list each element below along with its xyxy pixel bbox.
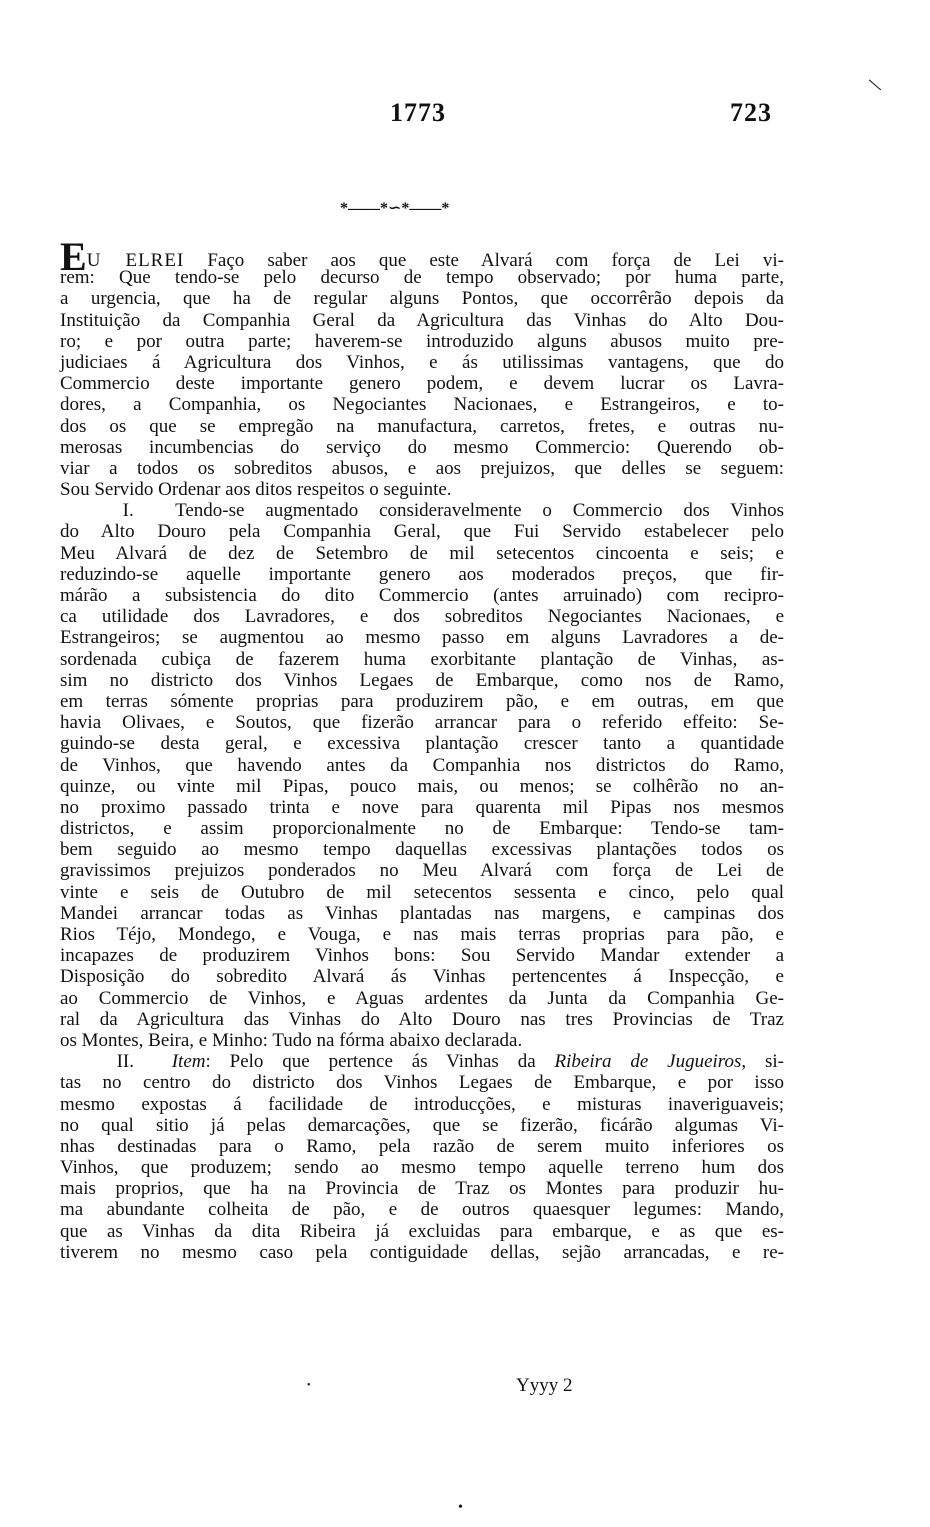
item-label: Item <box>172 1051 206 1072</box>
section-2-line: ma abundante colheita de pão, e de outro… <box>60 1199 784 1220</box>
section-1-line: ral da Agricultura das Vinhas do Alto Do… <box>60 1009 784 1030</box>
text-line: Sou Servido Ordenar aos ditos respeitos … <box>60 479 784 500</box>
section-1-line: bem seguido ao mesmo tempo daquellas exc… <box>60 839 784 860</box>
text-line: dos os que se empregão na manufactura, c… <box>60 416 784 437</box>
section-1-line: reduzindo-se aquelle importante genero a… <box>60 564 784 585</box>
place-name: Ribeira de Jugueiros <box>555 1051 742 1072</box>
text-line: EU ELREI Faço saber aos que este Alvará … <box>60 246 784 267</box>
text-line: judiciaes á Agricultura dos Vinhos, e ás… <box>60 352 784 373</box>
section-1-line: Meu Alvará de dez de Setembro de mil set… <box>60 543 784 564</box>
section-1-line: em terras sómente proprias para produzir… <box>60 691 784 712</box>
text-line: Instituição da Companhia Geral da Agricu… <box>60 310 784 331</box>
section-1-line: incapazes de produzirem Vinhos bons: Sou… <box>60 945 784 966</box>
section-1-line: Disposição do sobredito Alvará ás Vinhas… <box>60 966 784 987</box>
signature-mark: Yyyy 2 <box>516 1375 572 1397</box>
document-body: EU ELREI Faço saber aos que este Alvará … <box>60 246 784 1263</box>
section-1-line: sim no districto dos Vinhos Legaes de Em… <box>60 670 784 691</box>
section-1-line: sordenada cubiça de fazerem huma exorbit… <box>60 649 784 670</box>
section-2-first-line: II. Item: Pelo que pertence ás Vinhas da… <box>60 1051 784 1072</box>
book-page: \ 1773 723 *——*∽*——* EU ELREI Faço saber… <box>0 0 930 1527</box>
running-header-year: 1773 <box>390 98 446 128</box>
section-1-line: guindo-se desta geral, e excessiva plant… <box>60 733 784 754</box>
section-1-line: no proximo passado trinta e nove para qu… <box>60 797 784 818</box>
section-1-line: do Alto Douro pela Companhia Geral, que … <box>60 521 784 542</box>
section-2-line: tas no centro do districto dos Vinhos Le… <box>60 1072 784 1093</box>
text-line: dores, a Companhia, os Negociantes Nacio… <box>60 394 784 415</box>
margin-mark: \ <box>866 72 884 98</box>
text-line: ro; e por outra parte; haverem-se introd… <box>60 331 784 352</box>
section-2-line: nhas destinadas para o Ramo, pela razão … <box>60 1136 784 1157</box>
section-1-line: quinze, ou vinte mil Pipas, pouco mais, … <box>60 776 784 797</box>
text-line: Commercio deste importante genero podem,… <box>60 373 784 394</box>
section-1-line: vinte e seis de Outubro de mil setecento… <box>60 882 784 903</box>
section-2-line: mesmo expostas á facilidade de introducç… <box>60 1094 784 1115</box>
page-number: 723 <box>730 98 772 128</box>
print-speck: • <box>307 1380 311 1391</box>
section-1-line: havia Olivaes, e Soutos, que fizerão arr… <box>60 712 784 733</box>
section-1-line: os Montes, Beira, e Minho: Tudo na fórma… <box>60 1030 784 1051</box>
section-1-line: de Vinhos, que havendo antes da Companhi… <box>60 755 784 776</box>
print-speck: • <box>458 1500 463 1516</box>
section-2-line: que as Vinhas da dita Ribeira já excluid… <box>60 1221 784 1242</box>
text-line: a urgencia, que ha de regular alguns Pon… <box>60 288 784 309</box>
section-1-line: gravissimos prejuizos ponderados no Meu … <box>60 860 784 881</box>
section-2-line: Vinhos, que produzem; sendo ao mesmo tem… <box>60 1157 784 1178</box>
section-2-line: mais proprios, que ha na Provincia de Tr… <box>60 1178 784 1199</box>
text-line: rem: Que tendo-se pelo decurso de tempo … <box>60 267 784 288</box>
text-line: viar a todos os sobreditos abusos, e aos… <box>60 458 784 479</box>
text-line: merosas incumbencias do serviço do mesmo… <box>60 437 784 458</box>
section-1-line: districtos, e assim proporcionalmente no… <box>60 818 784 839</box>
section-1-line: Estrangeiros; se augmentou ao mesmo pass… <box>60 627 784 648</box>
section-1-line: Mandei arrancar todas as Vinhas plantada… <box>60 903 784 924</box>
section-2-line: no qual sitio já pelas demarcações, que … <box>60 1115 784 1136</box>
section-1-line: ao Commercio de Vinhos, e Aguas ardentes… <box>60 988 784 1009</box>
decorative-rule-ornament: *——*∽*——* <box>340 198 449 218</box>
section-1-line: Rios Téjo, Mondego, e Vouga, e nas mais … <box>60 924 784 945</box>
section-1-line: márão a subsistencia do dito Commercio (… <box>60 585 784 606</box>
section-2-line: tiverem no mesmo caso pela contiguidade … <box>60 1242 784 1263</box>
section-1-line: ca utilidade dos Lavradores, e dos sobre… <box>60 606 784 627</box>
section-1-line: I. Tendo-se augmentado consideravelmente… <box>60 500 784 521</box>
